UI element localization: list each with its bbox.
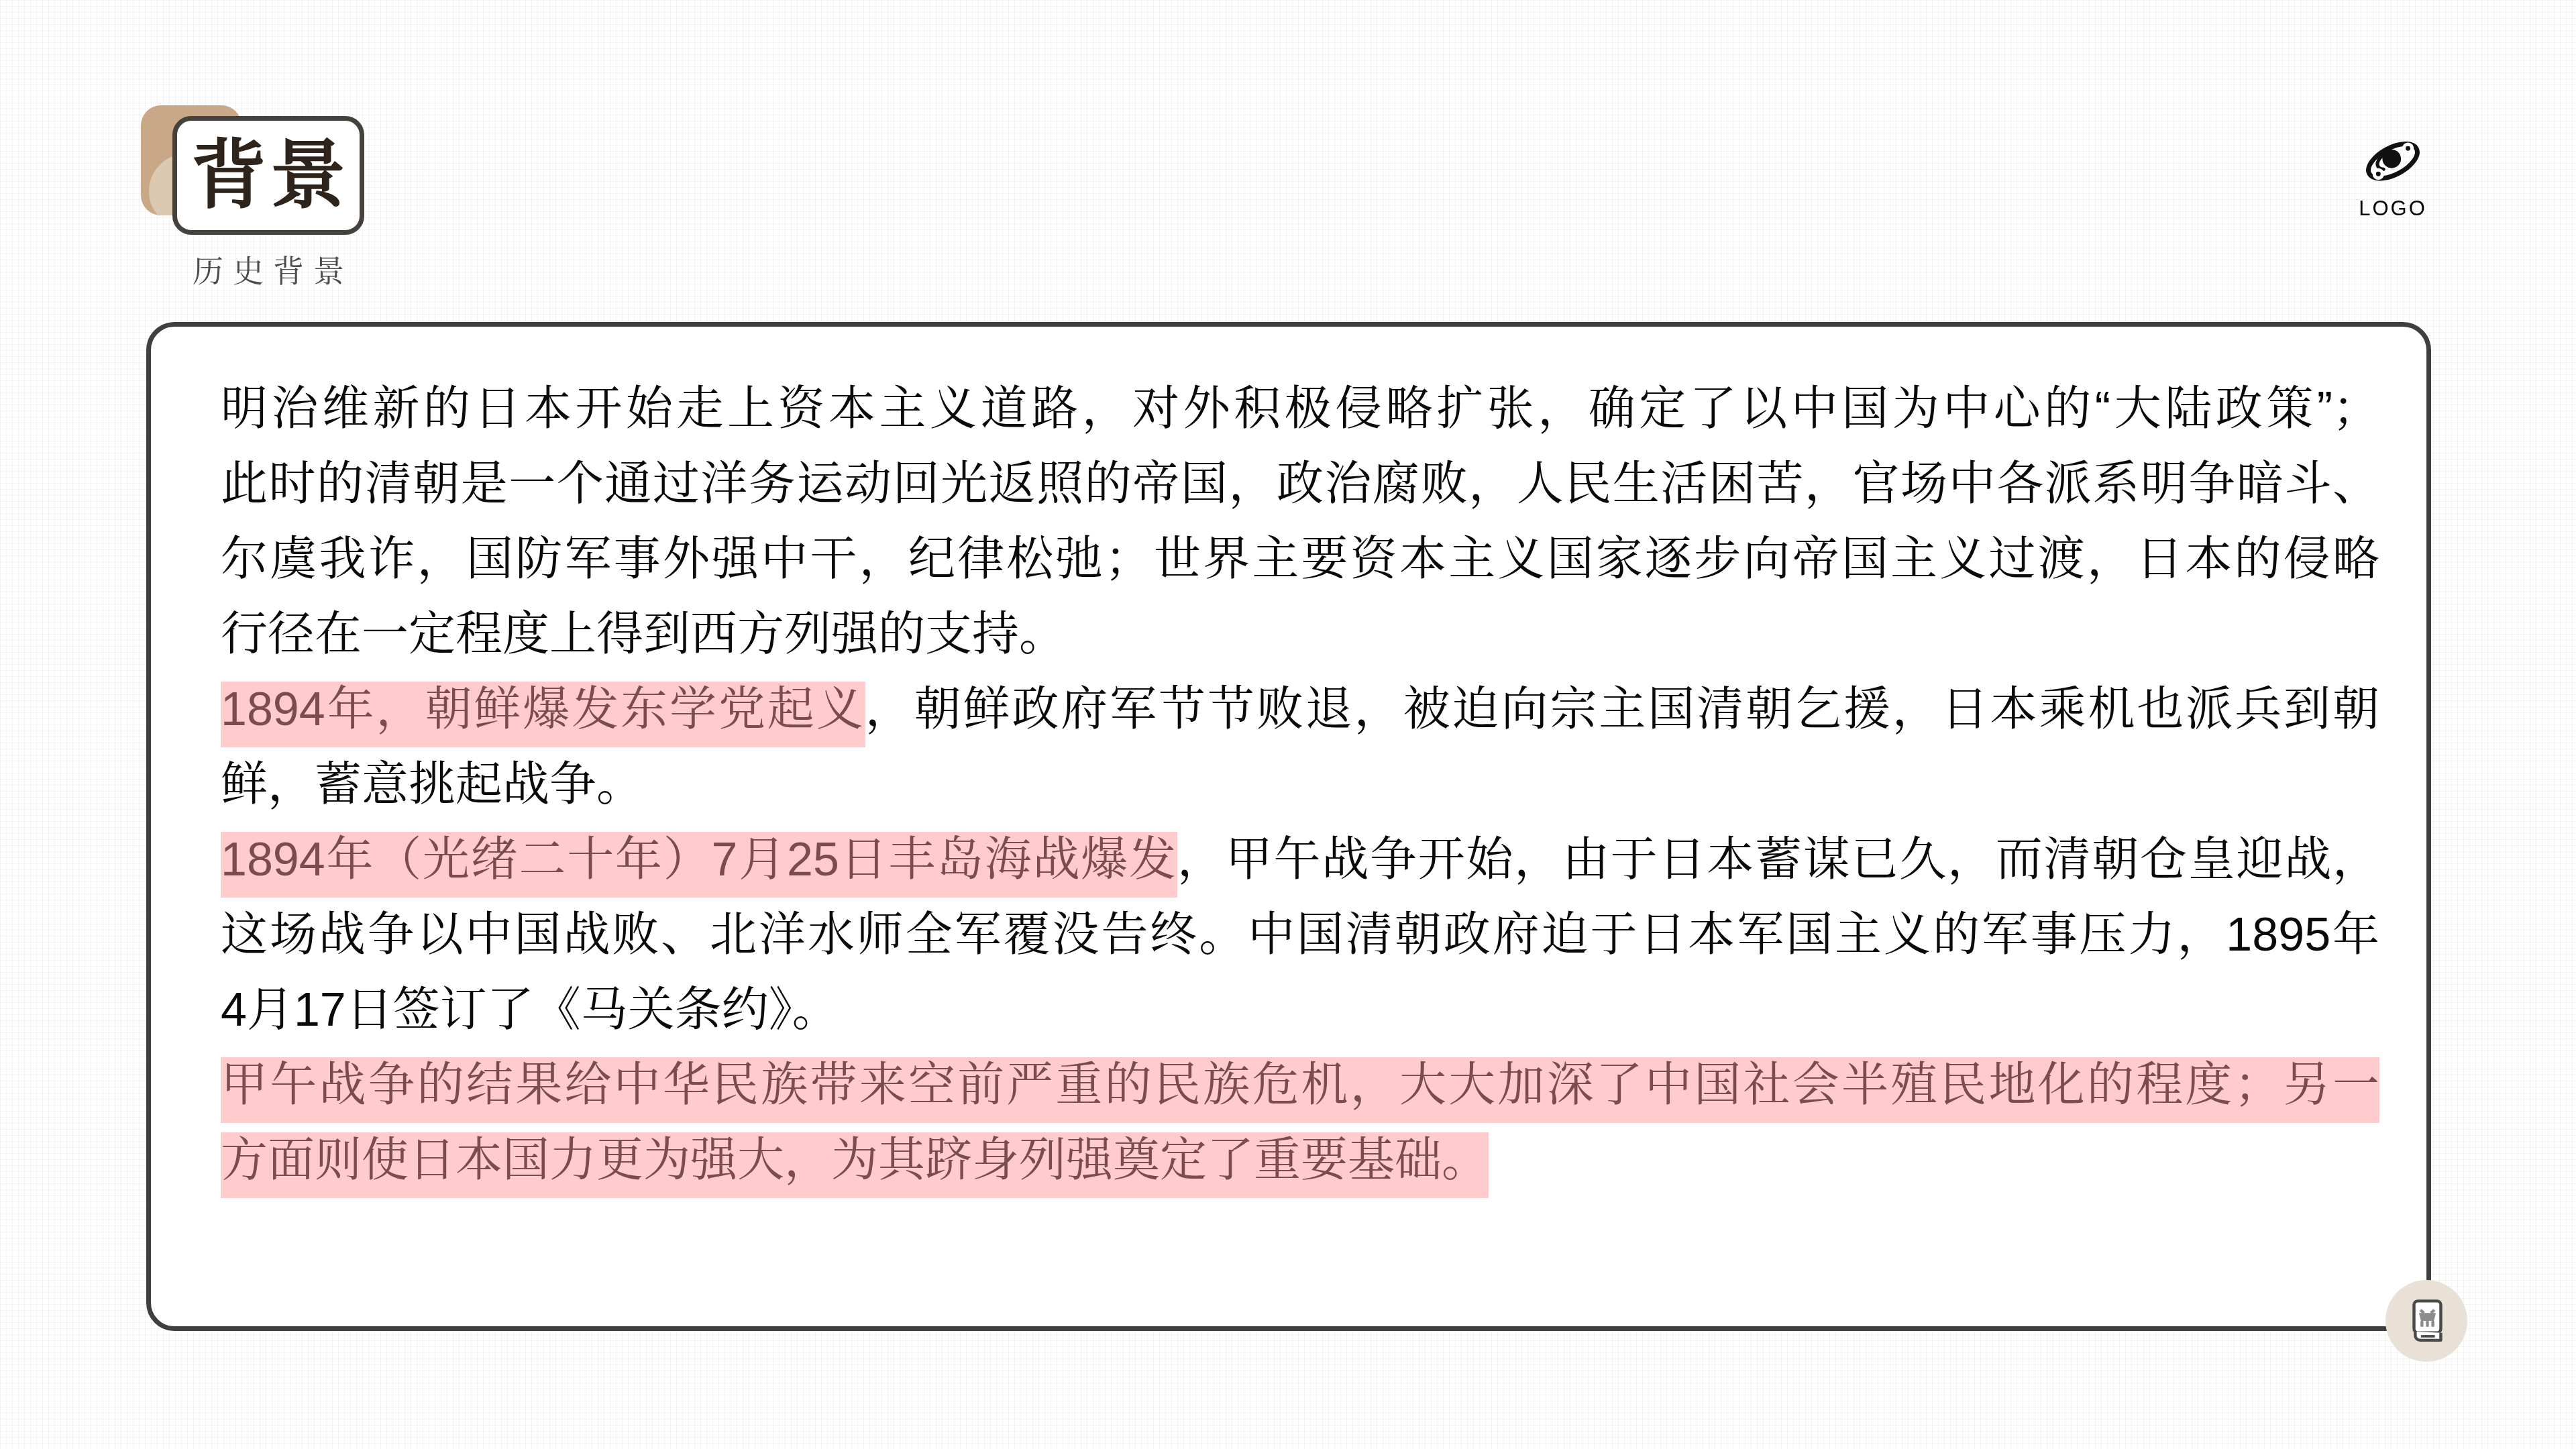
- title-box: 背景: [172, 116, 364, 235]
- text-segment: 行径在一定程度上得到西方列强的支持。: [221, 608, 1066, 660]
- text-line: 鲜，蓄意挑起战争。: [221, 747, 2379, 822]
- text-line: 4月17日签订了《马关条约》。: [221, 972, 2379, 1047]
- text-line: 1894年，朝鲜爆发东学党起义，朝鲜政府军节节败退，被迫向宗主国清朝乞援，日本乘…: [221, 672, 2379, 747]
- text-line: 行径在一定程度上得到西方列强的支持。: [221, 596, 2379, 672]
- text-segment: 4月17日签订了《马关条约》。: [221, 983, 839, 1036]
- galaxy-icon: [2358, 133, 2428, 192]
- text-line: 此时的清朝是一个通过洋务运动回光返照的帝国，政治腐败，人民生活困苦，官场中各派系…: [221, 446, 2379, 521]
- text-segment: ，朝鲜政府军节节败退，被迫向宗主国清朝乞援，日本乘机也派兵到朝: [865, 683, 2379, 735]
- highlighted-text: 1894年，朝鲜爆发东学党起义: [221, 682, 865, 747]
- text-segment: 此时的清朝是一个通过洋务运动回光返照的帝国，政治腐败，人民生活困苦，官场中各派系…: [221, 458, 2379, 510]
- text-segment: 尔虞我诈，国防军事外强中干，纪律松弛；世界主要资本主义国家逐步向帝国主义过渡，日…: [221, 533, 2379, 585]
- text-segment: 明治维新的日本开始走上资本主义道路，对外积极侵略扩张，确定了以中国为中心的“大陆…: [221, 382, 2379, 435]
- text-line: 明治维新的日本开始走上资本主义道路，对外积极侵略扩张，确定了以中国为中心的“大陆…: [221, 371, 2379, 446]
- text-line: 这场战争以中国战败、北洋水师全军覆没告终。中国清朝政府迫于日本军国主义的军事压力…: [221, 897, 2379, 972]
- book-badge: [2385, 1280, 2467, 1362]
- highlighted-text: 1894年（光绪二十年）7月25日丰岛海战爆发: [221, 832, 1177, 898]
- content-box: 明治维新的日本开始走上资本主义道路，对外积极侵略扩张，确定了以中国为中心的“大陆…: [146, 322, 2431, 1331]
- logo: LOGO: [2339, 133, 2447, 221]
- text-line: 尔虞我诈，国防军事外强中干，纪律松弛；世界主要资本主义国家逐步向帝国主义过渡，日…: [221, 521, 2379, 596]
- page-subtitle: 历史背景: [166, 247, 371, 291]
- page-title: 背景: [187, 138, 350, 213]
- slide-background-page: 背景 历史背景 LOGO 明治维新的日本开始走上资本主义道路，对外积极侵略扩张，…: [0, 0, 2576, 1449]
- text-line: 1894年（光绪二十年）7月25日丰岛海战爆发，甲午战争开始，由于日本蓄谋已久，…: [221, 822, 2379, 897]
- body-text: 明治维新的日本开始走上资本主义道路，对外积极侵略扩张，确定了以中国为中心的“大陆…: [221, 371, 2379, 1197]
- logo-label: LOGO: [2339, 197, 2447, 221]
- text-line: 方面则使日本国力更为强大，为其跻身列强奠定了重要基础。: [221, 1122, 2379, 1197]
- highlighted-text: 方面则使日本国力更为强大，为其跻身列强奠定了重要基础。: [221, 1132, 1489, 1198]
- text-segment: 鲜，蓄意挑起战争。: [221, 758, 643, 810]
- text-segment: 这场战争以中国战败、北洋水师全军覆没告终。中国清朝政府迫于日本军国主义的军事压力…: [221, 908, 2379, 961]
- book-icon: [2402, 1294, 2451, 1348]
- text-line: 甲午战争的结果给中华民族带来空前严重的民族危机，大大加深了中国社会半殖民地化的程…: [221, 1047, 2379, 1122]
- highlighted-text: 甲午战争的结果给中华民族带来空前严重的民族危机，大大加深了中国社会半殖民地化的程…: [221, 1057, 2379, 1123]
- text-segment: ，甲午战争开始，由于日本蓄谋已久，而清朝仓皇迎战，: [1177, 833, 2379, 885]
